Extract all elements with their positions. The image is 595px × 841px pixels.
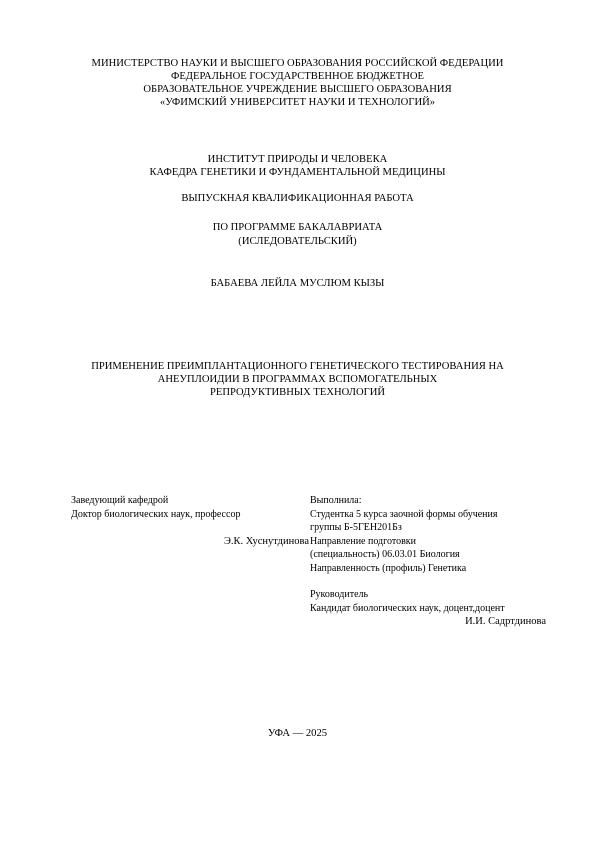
student-line: (специальность) 06.03.01 Биология — [310, 548, 550, 562]
university-name: «УФИМСКИЙ УНИВЕРСИТЕТ НАУКИ И ТЕХНОЛОГИЙ… — [0, 96, 595, 109]
city-year: УФА — 2025 — [0, 727, 595, 740]
author-name-text: БАБАЕВА ЛЕЙЛА МУСЛЮМ КЫЗЫ — [0, 277, 595, 290]
ministry-line: ФЕДЕРАЛЬНОЕ ГОСУДАРСТВЕННОЕ БЮДЖЕТНОЕ — [0, 70, 595, 83]
work-type: ВЫПУСКНАЯ КВАЛИФИКАЦИОННАЯ РАБОТА — [0, 192, 595, 205]
institute-block: ИНСТИТУТ ПРИРОДЫ И ЧЕЛОВЕКА КАФЕДРА ГЕНЕ… — [0, 153, 595, 179]
head-role: Заведующий кафедрой — [71, 494, 311, 508]
title-page: МИНИСТЕРСТВО НАУКИ И ВЫСШЕГО ОБРАЗОВАНИЯ… — [0, 0, 595, 841]
ministry-line: ОБРАЗОВАТЕЛЬНОЕ УЧРЕЖДЕНИЕ ВЫСШЕГО ОБРАЗ… — [0, 83, 595, 96]
supervisor-name: И.И. Садртдинова — [310, 615, 546, 629]
institute-name: ИНСТИТУТ ПРИРОДЫ И ЧЕЛОВЕКА — [0, 153, 595, 166]
ministry-header: МИНИСТЕРСТВО НАУКИ И ВЫСШЕГО ОБРАЗОВАНИЯ… — [0, 57, 595, 109]
supervisor-degree: Кандидат биологических наук, доцент,доце… — [310, 602, 550, 616]
student-line: Направление подготовки — [310, 535, 550, 549]
author-name: БАБАЕВА ЛЕЙЛА МУСЛЮМ КЫЗЫ — [0, 277, 595, 290]
work-type-text: ВЫПУСКНАЯ КВАЛИФИКАЦИОННАЯ РАБОТА — [0, 192, 595, 205]
ministry-line: МИНИСТЕРСТВО НАУКИ И ВЫСШЕГО ОБРАЗОВАНИЯ… — [0, 57, 595, 70]
student-line: группы Б-5ГЕН201Бз — [310, 521, 550, 535]
title-line: АНЕУПЛОИДИИ В ПРОГРАММАХ ВСПОМОГАТЕЛЬНЫХ — [0, 373, 595, 386]
student-label: Выполнила: — [310, 494, 550, 508]
city-year-text: УФА — 2025 — [0, 727, 595, 740]
supervisor-role: Руководитель — [310, 588, 550, 602]
thesis-title: ПРИМЕНЕНИЕ ПРЕИМПЛАНТАЦИОННОГО ГЕНЕТИЧЕС… — [0, 360, 595, 399]
head-degree: Доктор биологических наук, профессор — [71, 508, 311, 522]
student-line: Направленность (профиль) Генетика — [310, 562, 550, 576]
student-line: Студентка 5 курса заочной формы обучения — [310, 508, 550, 522]
program-line: ПО ПРОГРАММЕ БАКАЛАВРИАТА — [0, 221, 595, 235]
head-of-department-block: Заведующий кафедрой Доктор биологических… — [71, 494, 311, 549]
title-line: РЕПРОДУКТИВНЫХ ТЕХНОЛОГИЙ — [0, 386, 595, 399]
student-block: Выполнила: Студентка 5 курса заочной фор… — [310, 494, 550, 629]
program-type: (ИСЛЕДОВАТЕЛЬСКИЙ) — [0, 235, 595, 249]
program-block: ПО ПРОГРАММЕ БАКАЛАВРИАТА (ИСЛЕДОВАТЕЛЬС… — [0, 221, 595, 249]
spacer — [310, 575, 550, 588]
head-name: Э.К. Хуснутдинова — [71, 535, 309, 549]
title-line: ПРИМЕНЕНИЕ ПРЕИМПЛАНТАЦИОННОГО ГЕНЕТИЧЕС… — [0, 360, 595, 373]
department-name: КАФЕДРА ГЕНЕТИКИ И ФУНДАМЕНТАЛЬНОЙ МЕДИЦ… — [0, 166, 595, 179]
